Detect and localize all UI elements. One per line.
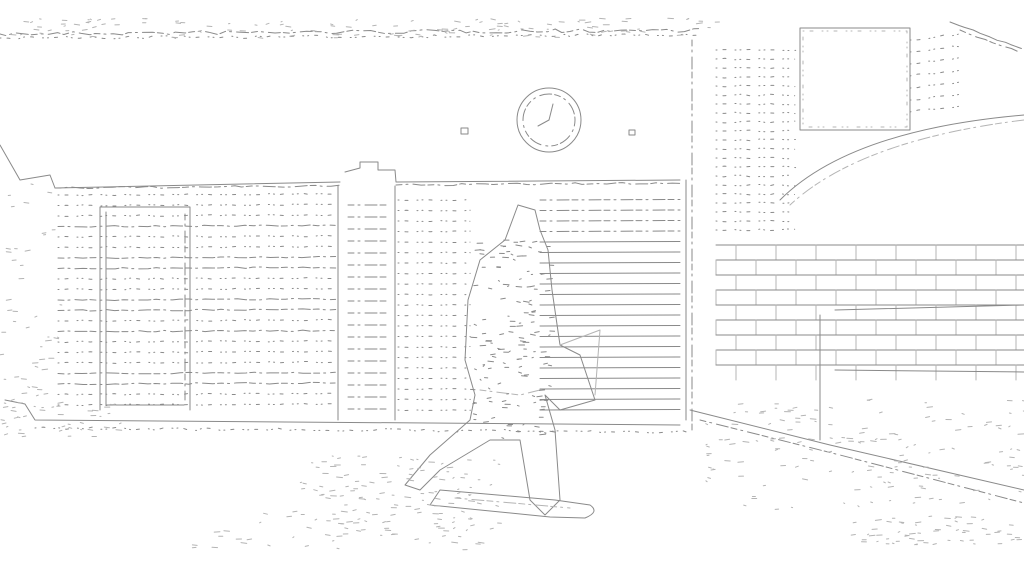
clock-icon (461, 88, 635, 152)
roofline (0, 18, 1021, 52)
building-facade (0, 40, 692, 433)
pavement (0, 184, 1021, 550)
skateboard (430, 490, 594, 518)
brick-wall (716, 34, 1024, 380)
upper-window (800, 28, 910, 130)
center-shutter (348, 205, 390, 409)
edge-drawing-scene (0, 0, 1024, 576)
line-drawing (0, 0, 1024, 576)
skateboarder (405, 205, 600, 515)
ramp (690, 115, 1024, 509)
right-shutter (398, 200, 680, 411)
left-doorway (100, 207, 190, 410)
